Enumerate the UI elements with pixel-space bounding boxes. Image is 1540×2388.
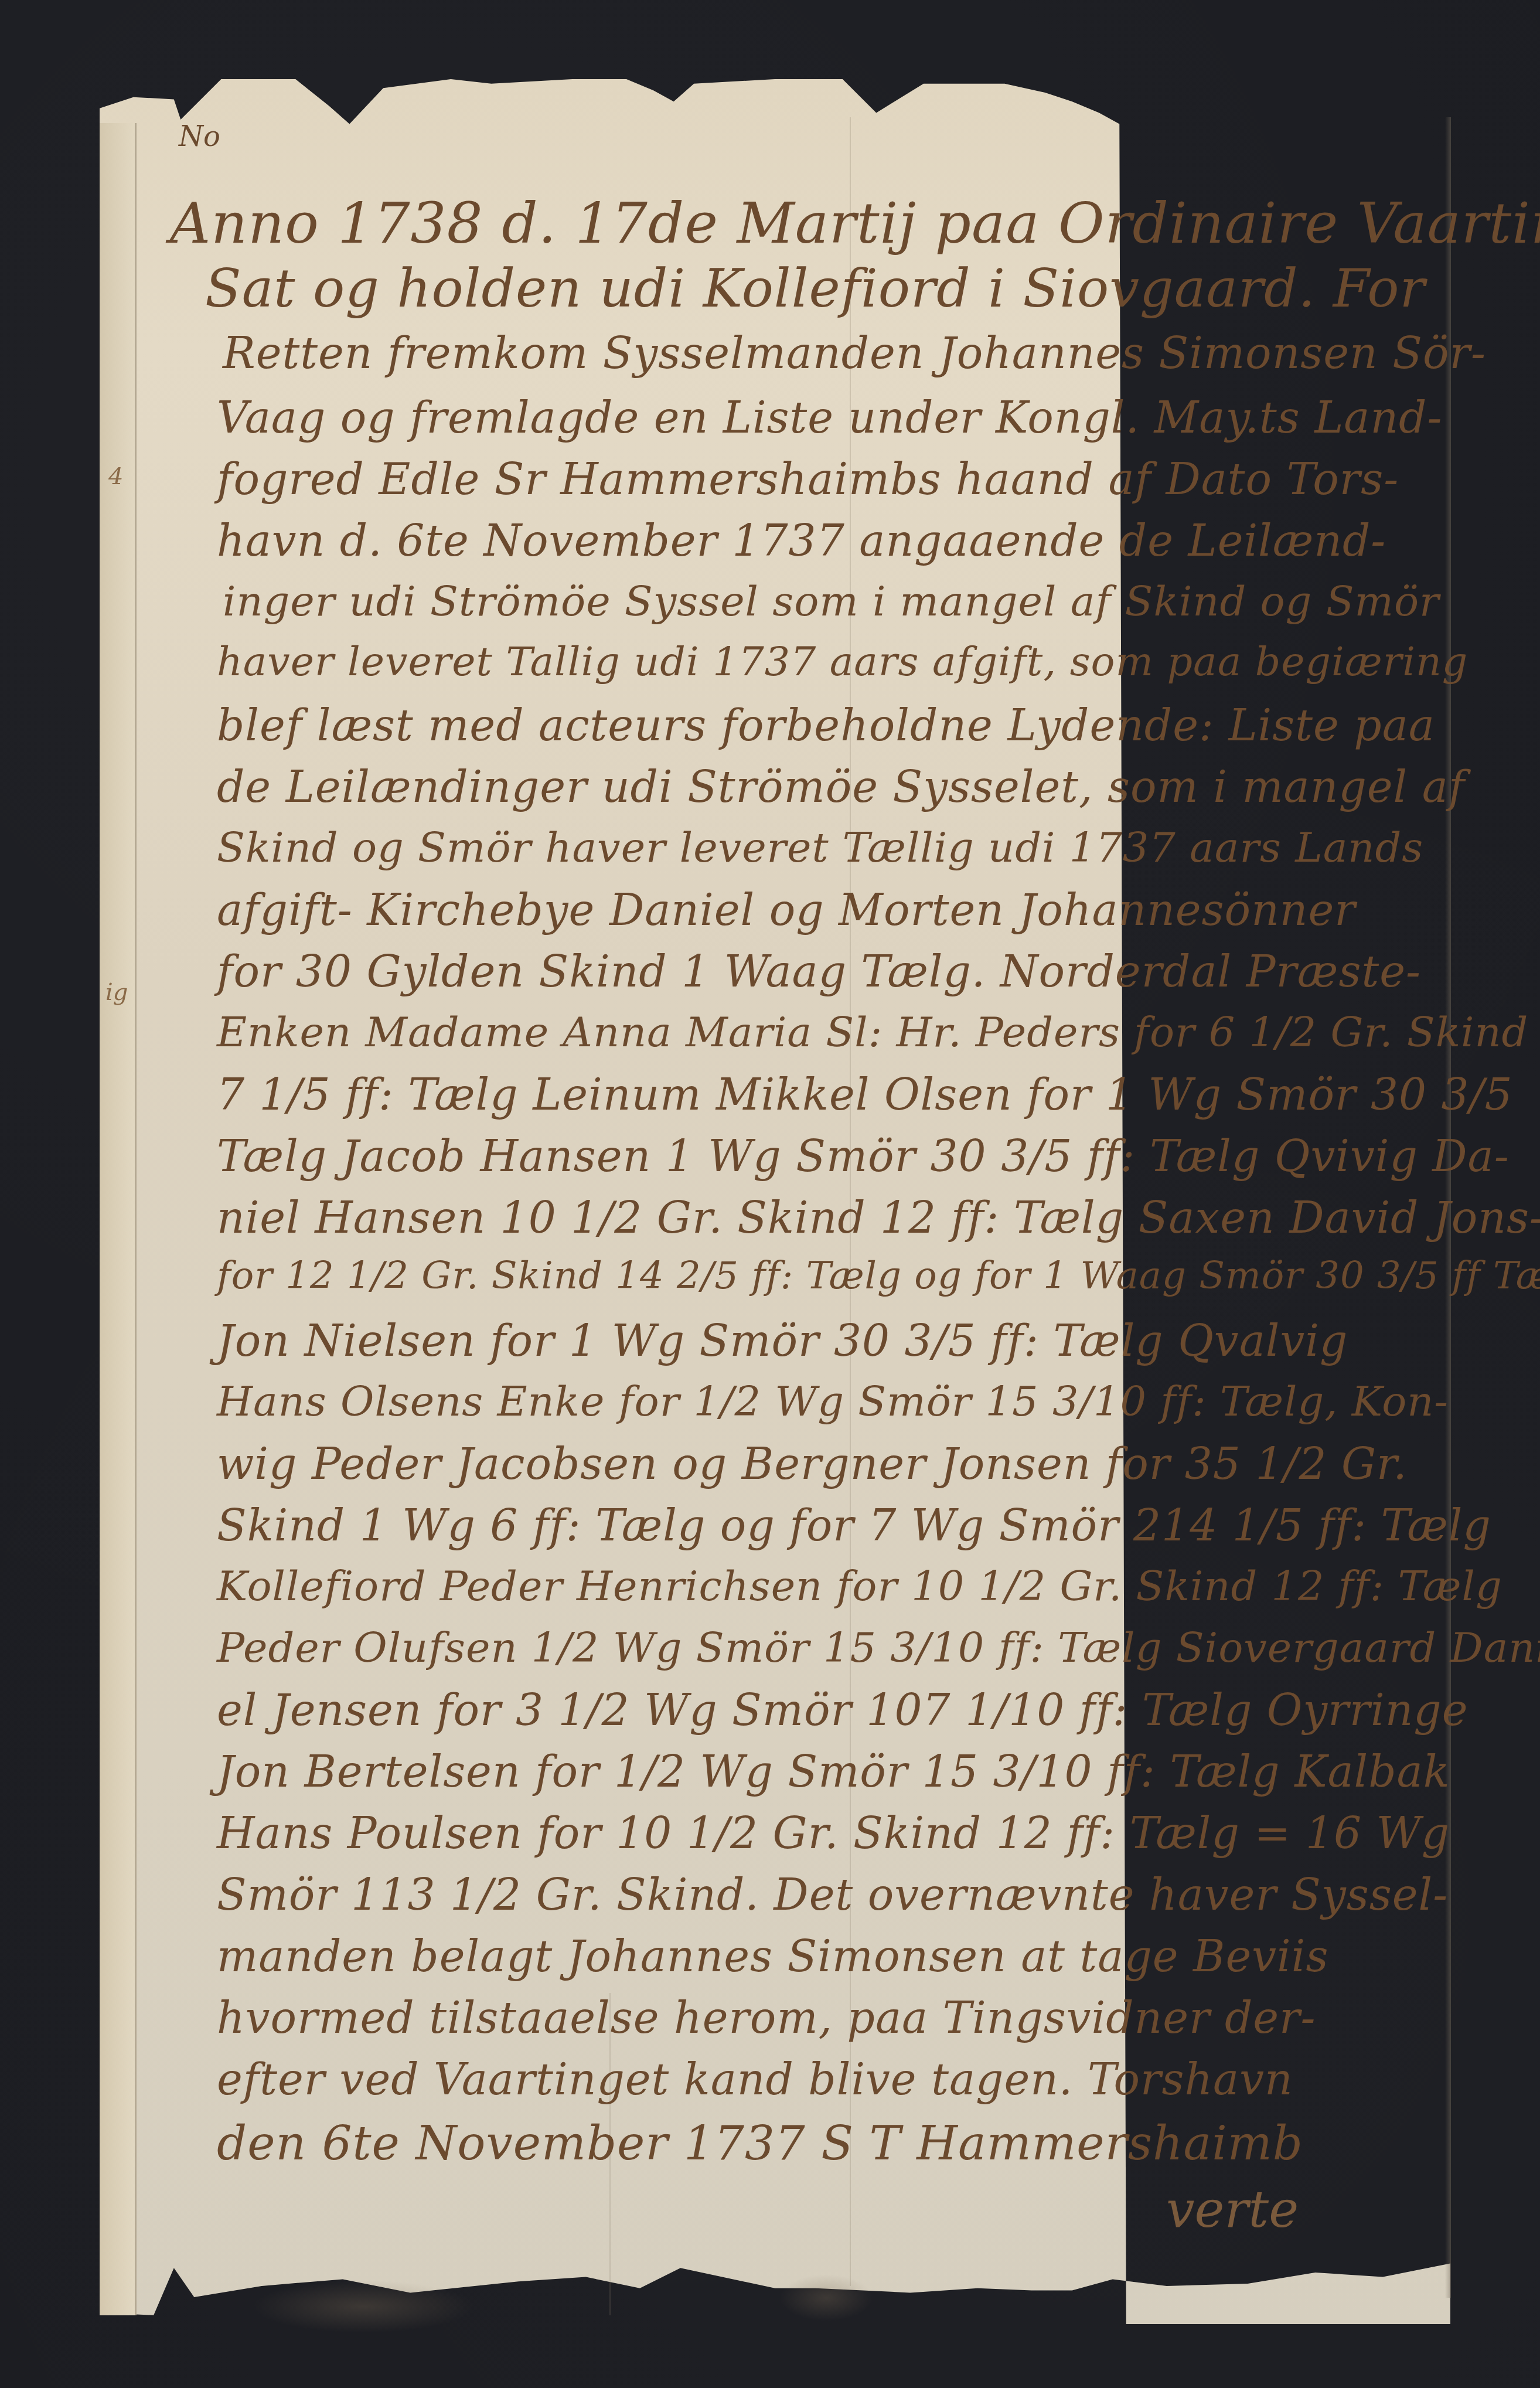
signature-line: den 6te November 1737 S T Hammershaimb [217,2116,1303,2171]
text-line: afgift- Kirchebye Daniel og Morten Johan… [217,885,1356,936]
text-line: Jon Nielsen for 1 Wg Smör 30 3/5 ff: Tæl… [217,1316,1348,1366]
text-line: for 12 1/2 Gr. Skind 14 2/5 ff: Tælg og … [217,1254,1540,1298]
text-line: Hans Olsens Enke for 1/2 Wg Smör 15 3/10… [217,1377,1449,1426]
text-line: Anno 1738 d. 17de Martij paa Ordinaire V… [170,191,1540,256]
text-line: hvormed tilstaaelse herom, paa Tingsvidn… [217,1993,1316,2043]
margin-note: 4 [108,463,123,490]
text-line: havn d. 6te November 1737 angaaende de L… [217,516,1386,566]
margin-note: ig [105,979,128,1006]
text-line: Retten fremkom Sysselmanden Johannes Sim… [223,328,1486,379]
text-line: Hans Poulsen for 10 1/2 Gr. Skind 12 ff:… [217,1808,1450,1859]
text-line: el Jensen for 3 1/2 Wg Smör 107 1/10 ff:… [217,1685,1469,1736]
text-line: Skind og Smör haver leveret Tællig udi 1… [217,824,1423,872]
text-line: Enken Madame Anna Maria Sl: Hr. Peders f… [217,1008,1528,1056]
folio-mark: No [179,120,220,153]
verte-note: verte [1166,2181,1299,2239]
text-line: Vaag og fremlagde en Liste under Kongl. … [217,393,1442,443]
text-line: de Leilændinger udi Strömöe Sysselet, so… [217,762,1465,812]
text-line: Jon Bertelsen for 1/2 Wg Smör 15 3/10 ff… [217,1747,1450,1797]
text-line: efter ved Vaartinget kand blive tagen. T… [217,2054,1293,2105]
folded-left-margin [100,123,137,2315]
text-line: wig Peder Jacobsen og Bergner Jonsen for… [217,1439,1408,1489]
text-line: fogred Edle Sr Hammershaimbs haand af Da… [217,454,1399,505]
text-line: Sat og holden udi Kollefiord i Siovgaard… [205,258,1426,319]
text-line: blef læst med acteurs forbeholdne Lydend… [217,700,1435,751]
text-line: Tælg Jacob Hansen 1 Wg Smör 30 3/5 ff: T… [217,1131,1510,1182]
text-line: Kollefiord Peder Henrichsen for 10 1/2 G… [217,1562,1502,1610]
text-line: inger udi Strömöe Syssel som i mangel af… [223,577,1440,625]
text-line: niel Hansen 10 1/2 Gr. Skind 12 ff: Tælg… [217,1193,1540,1243]
text-line: Peder Olufsen 1/2 Wg Smör 15 3/10 ff: Tæ… [217,1624,1540,1672]
text-line: for 30 Gylden Skind 1 Waag Tælg. Norderd… [217,947,1421,997]
text-line: 7 1/5 ff: Tælg Leinum Mikkel Olsen for 1… [217,1070,1513,1120]
text-line: Smör 113 1/2 Gr. Skind. Det overnævnte h… [217,1870,1448,1920]
text-line: manden belagt Johannes Simonsen at tage … [217,1931,1328,1982]
water-stain [252,2280,475,2333]
water-stain [779,2274,873,2321]
text-line: Skind 1 Wg 6 ff: Tælg og for 7 Wg Smör 2… [217,1501,1491,1551]
text-line: haver leveret Tallig udi 1737 aars afgif… [217,639,1468,685]
